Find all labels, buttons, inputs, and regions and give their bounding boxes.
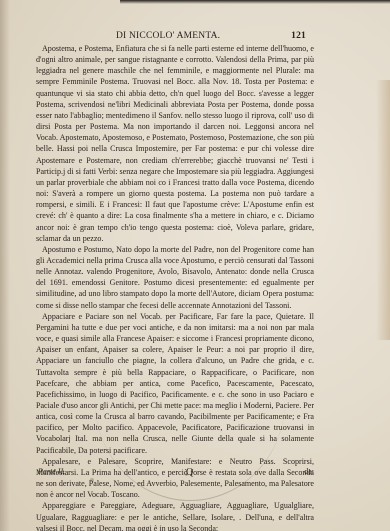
gutter-shadow (0, 0, 10, 531)
entry-apostumo: Apostumo e Postumo, Nato dopo la morte d… (36, 244, 314, 311)
signature-label: Parte II. (38, 467, 65, 476)
entry-appaciare: Appaciare e Paciare son nel Vocab. per P… (36, 311, 314, 456)
running-title: DI NICCOLO' AMENTA. (116, 31, 220, 41)
entry-apostema: Apostema, e Postema, Enfiatura che si fa… (36, 43, 314, 244)
page-edge-stain (376, 80, 390, 340)
binding-shadow-top (120, 0, 390, 4)
page-footer: Parte II. Q da: (36, 467, 314, 479)
page-header: DI NICCOLO' AMENTA. 121 (36, 31, 306, 43)
body-text: Apostema, e Postema, Enfiatura che si fa… (36, 43, 314, 531)
catchword: da: (304, 467, 314, 476)
entry-appareggiare: Appareggiare e Pareggiare, Adeguare, Agg… (36, 500, 314, 531)
signature-mark: Q (186, 467, 193, 478)
book-page: DI NICCOLO' AMENTA. 121 Apostema, e Post… (0, 0, 390, 531)
page-number: 121 (291, 31, 306, 41)
